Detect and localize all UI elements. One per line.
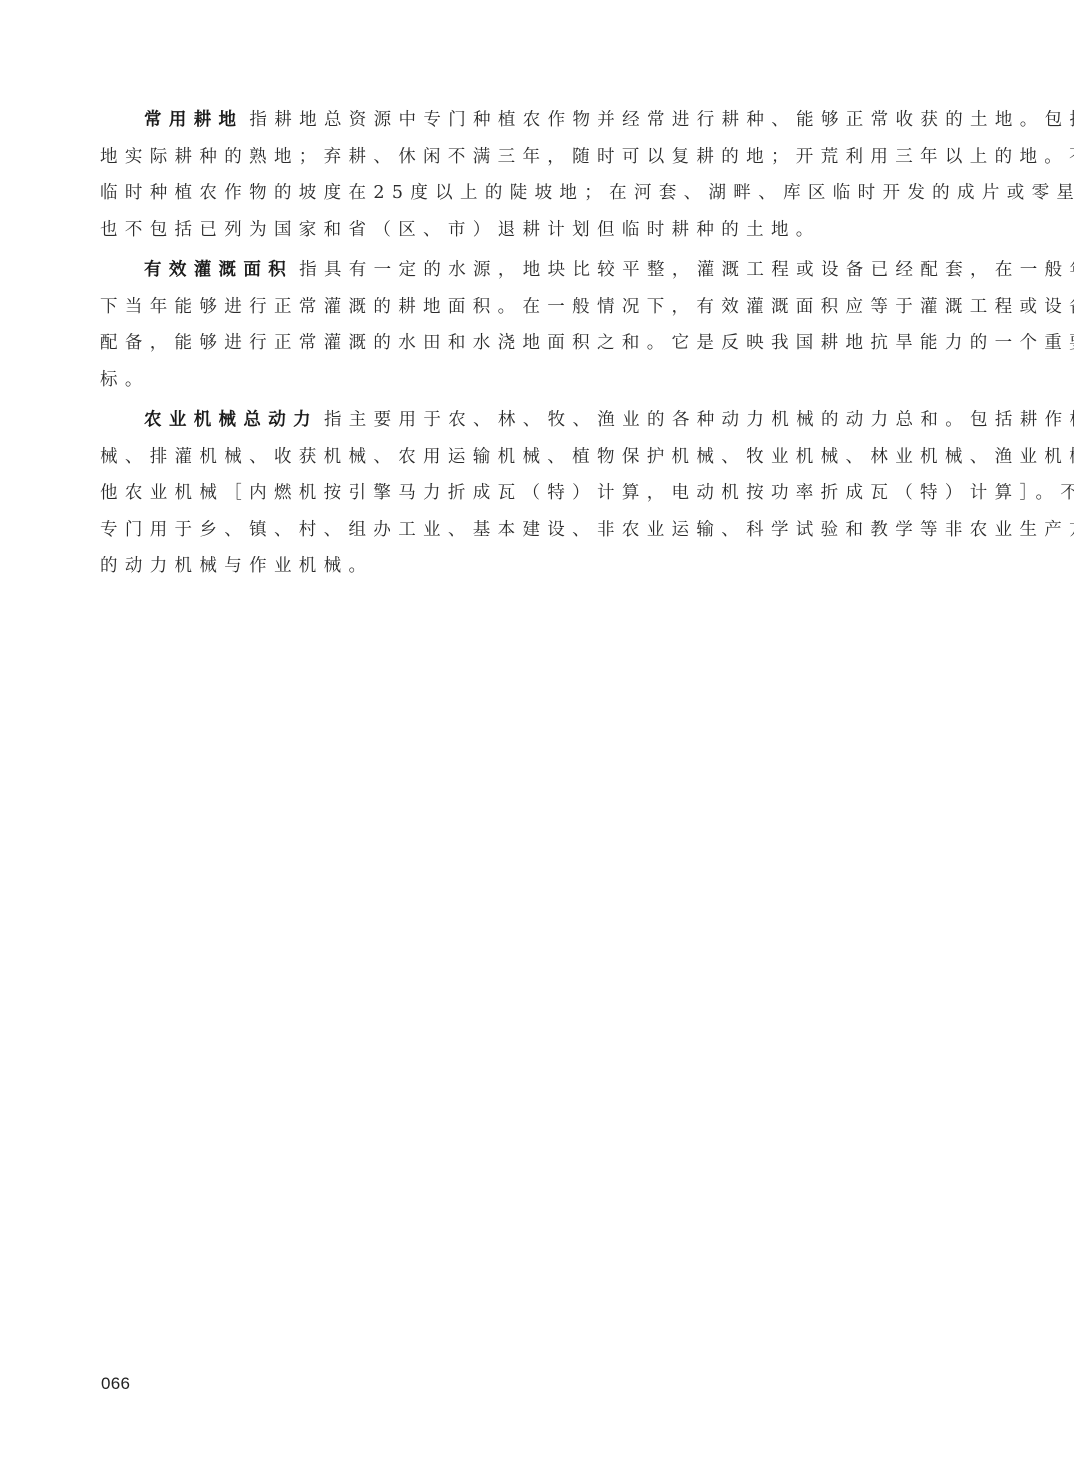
paragraph-line: 地实际耕种的熟地；弃耕、休闲不满三年，随时可以复耕的地；开荒利用三年以上的地。不… (100, 139, 976, 176)
paragraph-line: 他农业机械［内燃机按引擎马力折成瓦（特）计算，电动机按功率折成瓦（特）计算］。不… (100, 475, 976, 512)
paragraph-line: 的动力机械与作业机械。 (100, 548, 976, 585)
paragraph-line: 下当年能够进行正常灌溉的耕地面积。在一般情况下，有效灌溉面积应等于灌溉工程或设备… (100, 289, 976, 326)
paragraph-line: 临时种植农作物的坡度在25度以上的陡坡地；在河套、湖畔、库区临时开发的成片或零星… (100, 175, 976, 212)
definition-text: 指耕地总资源中专门种植农作物并经常进行耕种、能够正常收获的土地。包括当 (249, 110, 1074, 130)
paragraph-line: 也不包括已列为国家和省（区、市）退耕计划但临时耕种的土地。 (100, 212, 976, 249)
paragraph-line: 常用耕地指耕地总资源中专门种植农作物并经常进行耕种、能够正常收获的土地。包括当 (100, 102, 976, 139)
document-body: 常用耕地指耕地总资源中专门种植农作物并经常进行耕种、能够正常收获的土地。包括当 … (100, 102, 976, 589)
paragraph-line: 械、排灌机械、收获机械、农用运输机械、植物保护机械、牧业机械、林业机械、渔业机械… (100, 439, 976, 476)
definition-text: 指主要用于农、林、牧、渔业的各种动力机械的动力总和。包括耕作机 (324, 410, 1074, 430)
definition-paragraph-machinery-power: 农业机械总动力指主要用于农、林、牧、渔业的各种动力机械的动力总和。包括耕作机 械… (100, 402, 976, 585)
paragraph-line: 专门用于乡、镇、村、组办工业、基本建设、非农业运输、科学试验和教学等非农业生产方… (100, 512, 976, 549)
paragraph-line: 配备，能够进行正常灌溉的水田和水浇地面积之和。它是反映我国耕地抗旱能力的一个重要… (100, 325, 976, 362)
term-heading: 常用耕地 (144, 110, 243, 130)
paragraph-line: 标。 (100, 362, 976, 399)
paragraph-line: 农业机械总动力指主要用于农、林、牧、渔业的各种动力机械的动力总和。包括耕作机 (100, 402, 976, 439)
term-heading: 农业机械总动力 (144, 410, 318, 430)
definition-paragraph-cultivated-land: 常用耕地指耕地总资源中专门种植农作物并经常进行耕种、能够正常收获的土地。包括当 … (100, 102, 976, 248)
page-number: 066 (101, 1374, 130, 1394)
definition-text: 指具有一定的水源，地块比较平整，灌溉工程或设备已经配套，在一般年景 (299, 260, 1074, 280)
document-page: 常用耕地指耕地总资源中专门种植农作物并经常进行耕种、能够正常收获的土地。包括当 … (0, 0, 1074, 1458)
definition-paragraph-irrigated-area: 有效灌溉面积指具有一定的水源，地块比较平整，灌溉工程或设备已经配套，在一般年景 … (100, 252, 976, 398)
paragraph-line: 有效灌溉面积指具有一定的水源，地块比较平整，灌溉工程或设备已经配套，在一般年景 (100, 252, 976, 289)
term-heading: 有效灌溉面积 (144, 260, 293, 280)
